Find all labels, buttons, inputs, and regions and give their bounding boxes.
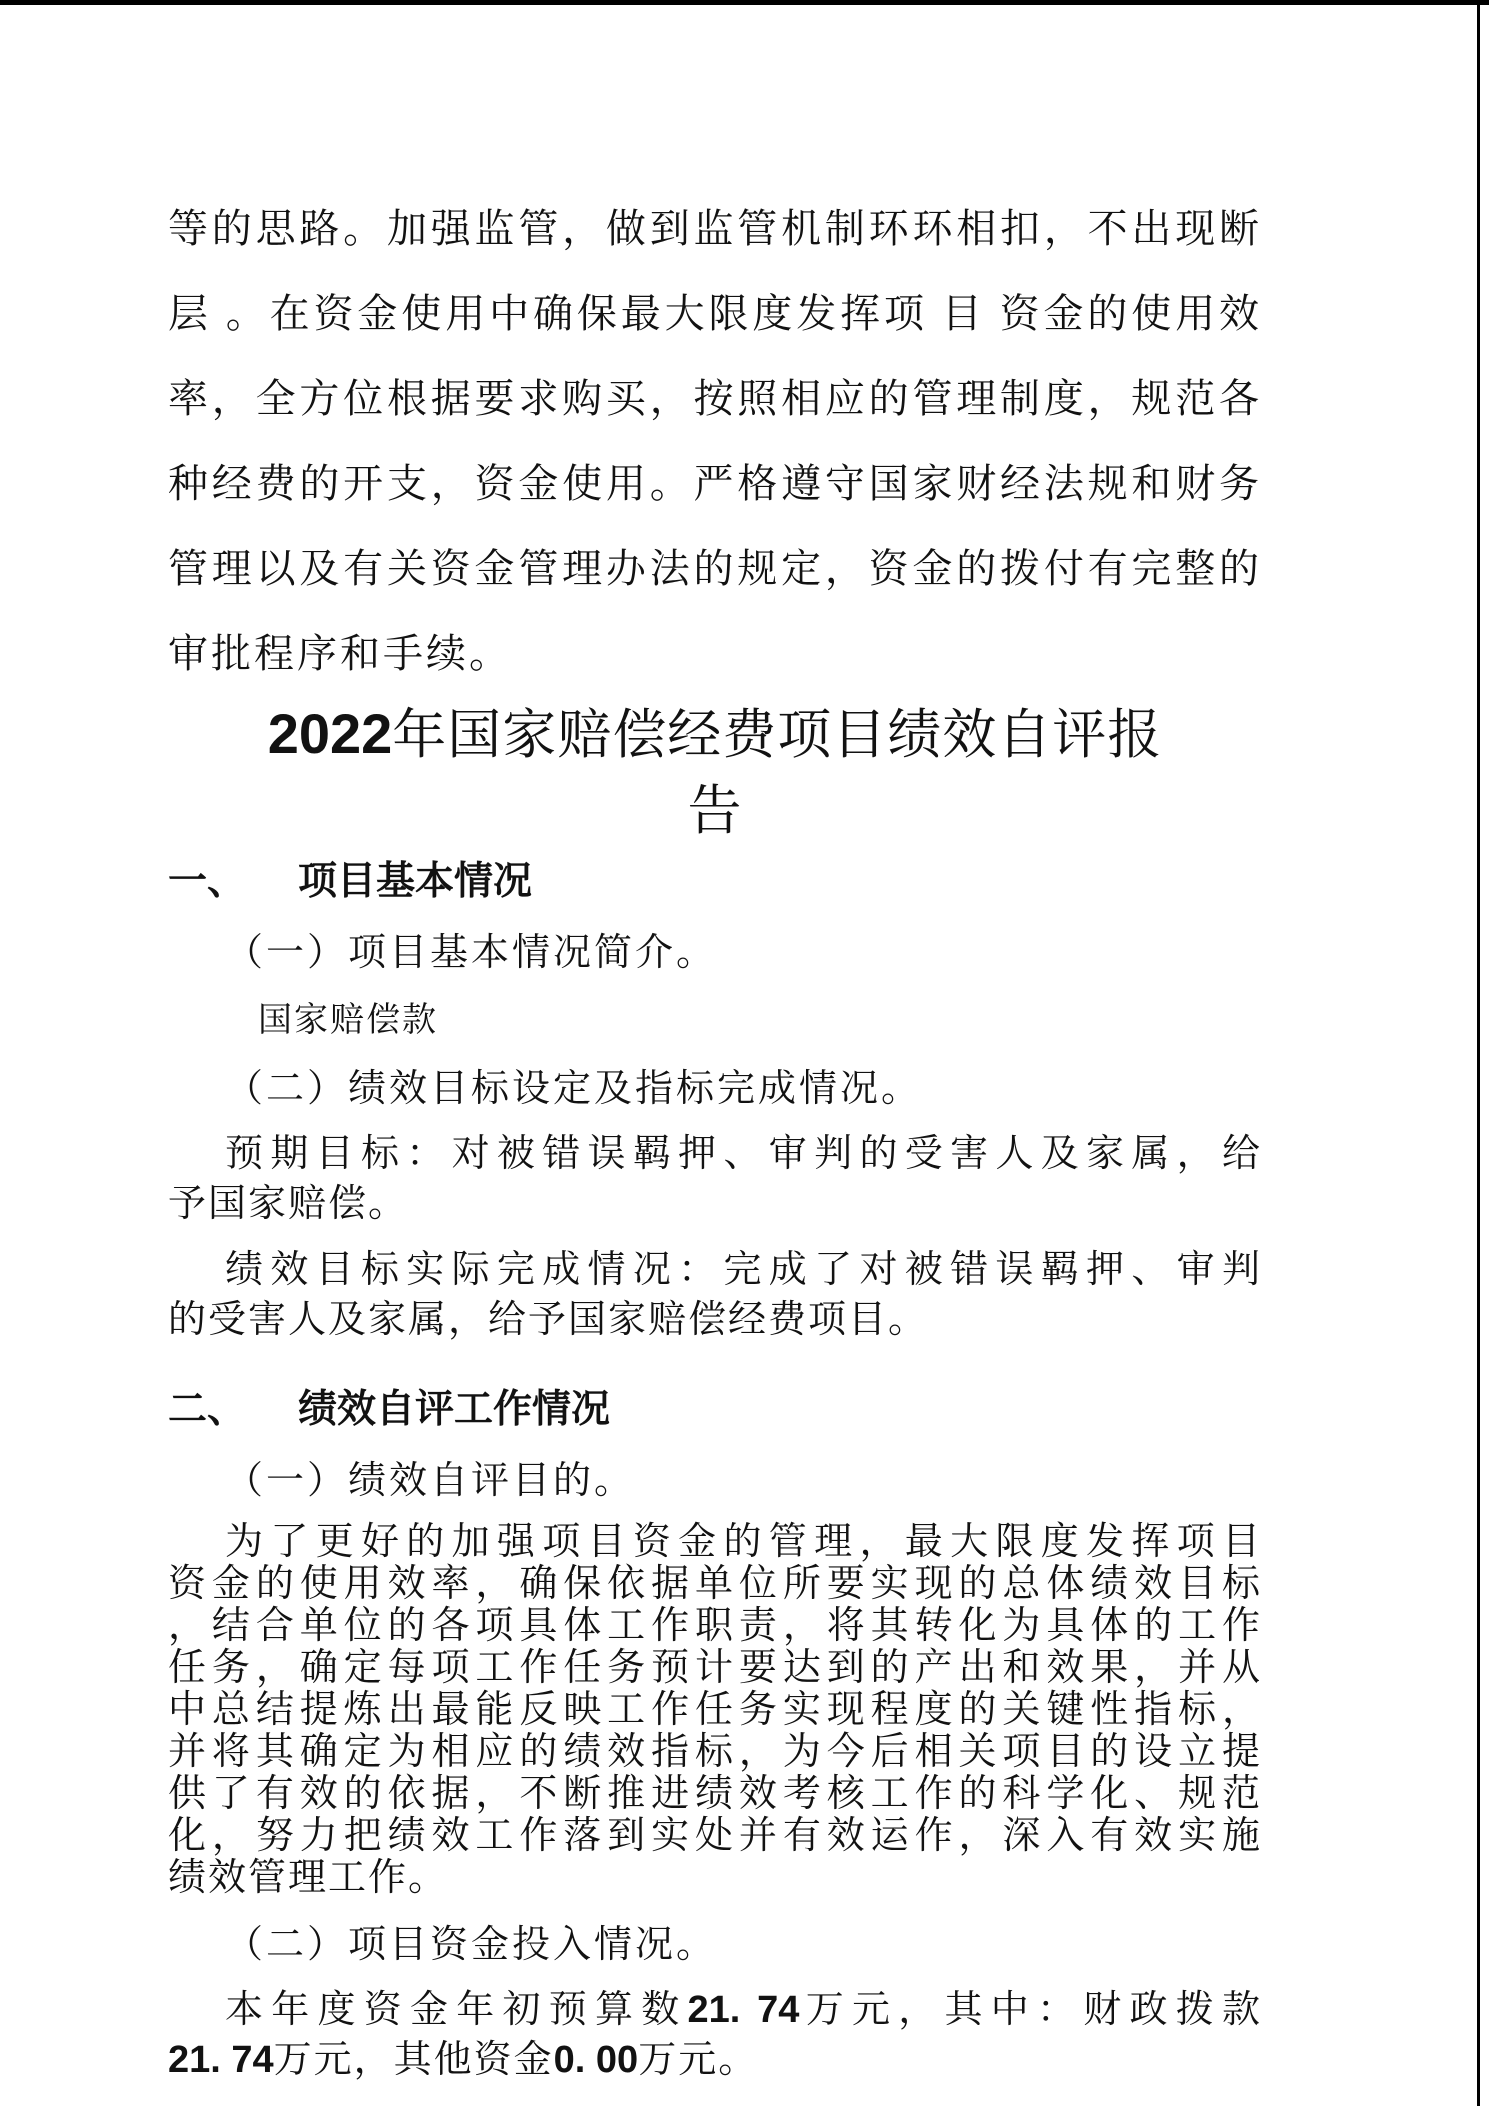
text-line: 审批程序和手续。 xyxy=(168,611,1262,696)
page-right-edge-rule xyxy=(1477,0,1480,2106)
expected-goal-paragraph: 预期目标：对被错误羁押、审判的受害人及家属，给予国家赔偿。 xyxy=(168,1129,1262,1229)
numeric-text: 2022 xyxy=(268,702,393,765)
text-line: 21. 74万元，其他资金0. 00万元。 xyxy=(168,2035,1262,2085)
project-name-line: 国家赔偿款 xyxy=(168,999,1262,1043)
numeric-text: 0. 00 xyxy=(554,2039,639,2081)
subheading-1-1: （一）项目基本情况简介。 xyxy=(168,929,1262,977)
heading-number: 二、 xyxy=(168,1385,246,1435)
document-body: 等的思路。加强监管，做到监管机制环环相扣，不出现断层 。在资金使用中确保最大限度… xyxy=(0,0,1489,2085)
section-heading-2: 二、绩效自评工作情况 xyxy=(168,1385,1262,1435)
page-top-edge-rule xyxy=(0,0,1489,5)
budget-paragraph: 本年度资金年初预算数21. 74万元，其中：财政拨款21. 74万元，其他资金0… xyxy=(168,1985,1262,2085)
text-line: 2022年国家赔偿经费项目绩效自评报 xyxy=(168,696,1262,773)
text-line: ，结合单位的各项具体工作职责，将其转化为具体的工作 xyxy=(168,1605,1262,1647)
numeric-text: 21. 74 xyxy=(168,2039,274,2081)
text-line: 予国家赔偿。 xyxy=(168,1179,1262,1229)
text-line: 告 xyxy=(168,773,1262,849)
document-page: { "page": { "background": "#ffffff", "te… xyxy=(0,0,1489,2106)
text-line: 绩效目标实际完成情况：完成了对被错误羁押、审判 xyxy=(168,1245,1262,1295)
text-line: 种经费的开支，资金使用。严格遵守国家财经法规和财务 xyxy=(168,441,1262,526)
text-line: 化，努力把绩效工作落到实处并有效运作，深入有效实施 xyxy=(168,1815,1262,1857)
text-line: 资金的使用效率，确保依据单位所要实现的总体绩效目标 xyxy=(168,1563,1262,1605)
text-line: 并将其确定为相应的绩效指标，为今后相关项目的设立提 xyxy=(168,1731,1262,1773)
text-line: 率，全方位根据要求购买，按照相应的管理制度，规范各 xyxy=(168,356,1262,441)
heading-text: 绩效自评工作情况 xyxy=(298,1385,610,1435)
subheading-1-2: （二）绩效目标设定及指标完成情况。 xyxy=(168,1065,1262,1113)
text-line: 为了更好的加强项目资金的管理，最大限度发挥项目 xyxy=(168,1521,1262,1563)
text-line: 中总结提炼出最能反映工作任务实现程度的关键性指标， xyxy=(168,1689,1262,1731)
text-line: 等的思路。加强监管，做到监管机制环环相扣，不出现断 xyxy=(168,186,1262,271)
text-line: 绩效管理工作。 xyxy=(168,1857,1262,1899)
heading-number: 一、 xyxy=(168,857,246,907)
text-line: 任务，确定每项工作任务预计要达到的产出和效果，并从 xyxy=(168,1647,1262,1689)
section-heading-1: 一、项目基本情况 xyxy=(168,857,1262,907)
text-line: 的受害人及家属，给予国家赔偿经费项目。 xyxy=(168,1295,1262,1345)
subheading-2-1: （一）绩效自评目的。 xyxy=(168,1457,1262,1505)
text-line: 供了有效的依据，不断推进绩效考核工作的科学化、规范 xyxy=(168,1773,1262,1815)
heading-text: 项目基本情况 xyxy=(298,857,532,907)
intro-paragraph: 等的思路。加强监管，做到监管机制环环相扣，不出现断层 。在资金使用中确保最大限度… xyxy=(168,186,1262,696)
text-line: 预期目标：对被错误羁押、审判的受害人及家属，给 xyxy=(168,1129,1262,1179)
report-title: 2022年国家赔偿经费项目绩效自评报告 xyxy=(168,696,1262,849)
subheading-2-2: （二）项目资金投入情况。 xyxy=(168,1921,1262,1969)
self-evaluation-purpose-paragraph: 为了更好的加强项目资金的管理，最大限度发挥项目资金的使用效率，确保依据单位所要实… xyxy=(168,1521,1262,1899)
actual-completion-paragraph: 绩效目标实际完成情况：完成了对被错误羁押、审判的受害人及家属，给予国家赔偿经费项… xyxy=(168,1245,1262,1345)
numeric-text: 21. 74 xyxy=(688,1989,800,2031)
text-line: 本年度资金年初预算数21. 74万元，其中：财政拨款 xyxy=(168,1985,1262,2035)
text-line: 管理以及有关资金管理办法的规定，资金的拨付有完整的 xyxy=(168,526,1262,611)
text-line: 层 。在资金使用中确保最大限度发挥项 目 资金的使用效 xyxy=(168,271,1262,356)
